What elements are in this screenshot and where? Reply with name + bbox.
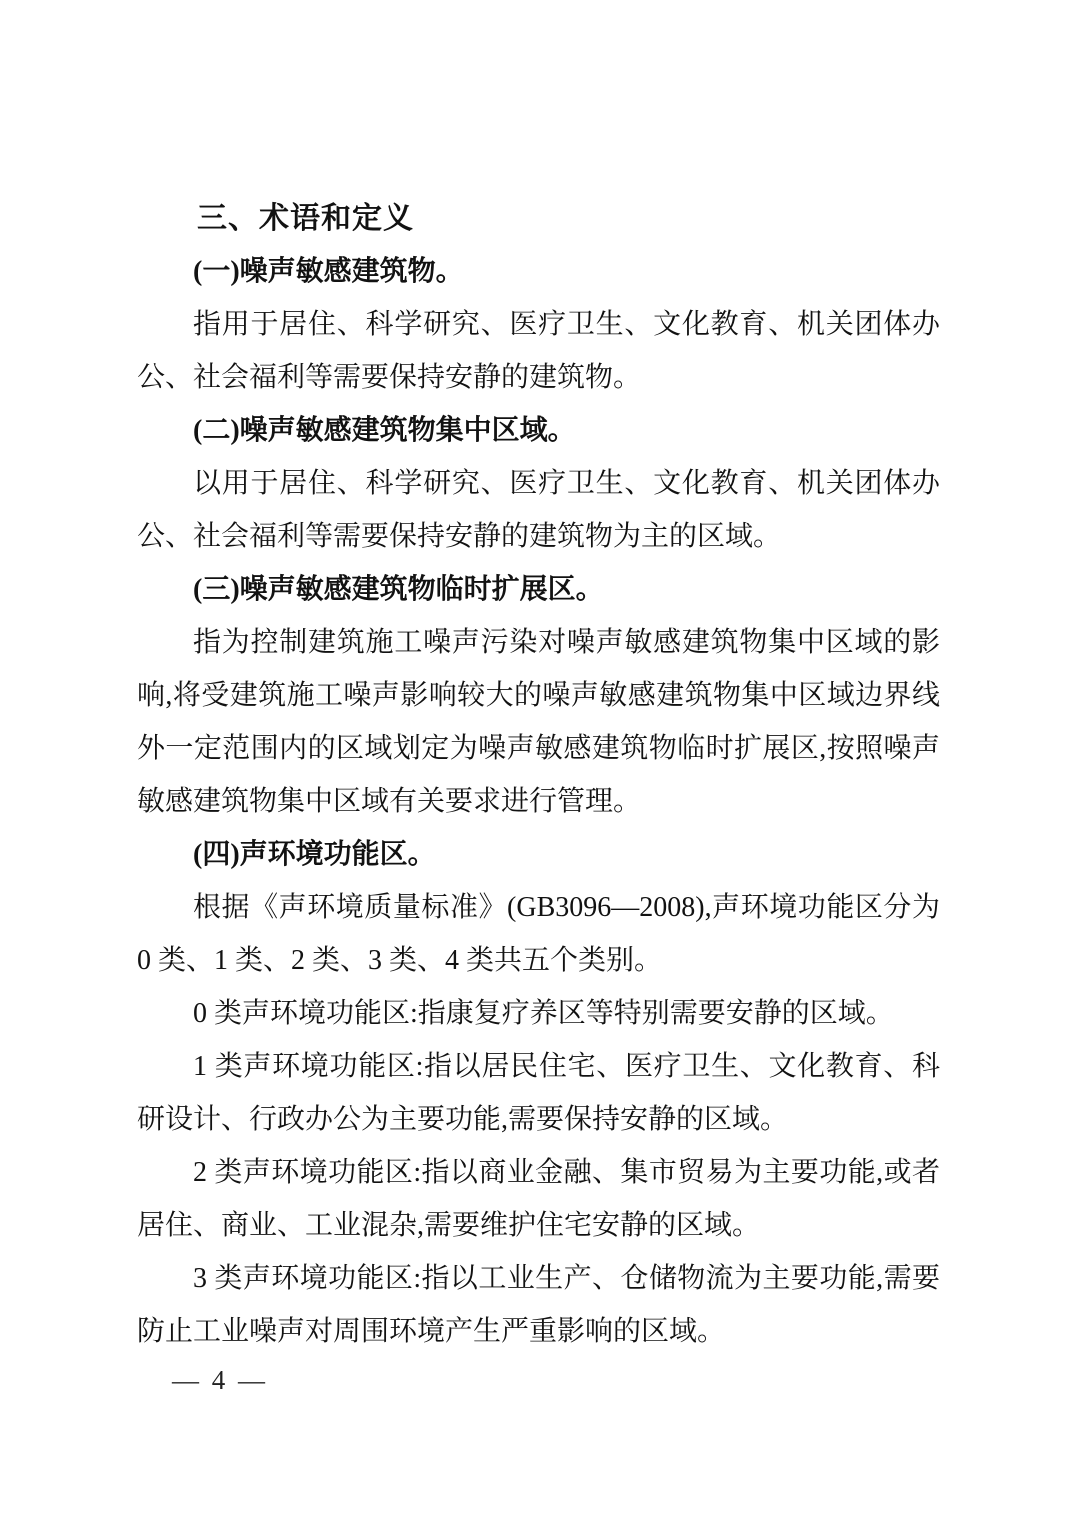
section-title-2: (二)噪声敏感建筑物集中区域。 (137, 404, 940, 457)
paragraph: 指为控制建筑施工噪声污染对噪声敏感建筑物集中区域的影响,将受建筑施工噪声影响较大… (137, 616, 940, 828)
section-title-3: (三)噪声敏感建筑物临时扩展区。 (137, 563, 940, 616)
paragraph: 以用于居住、科学研究、医疗卫生、文化教育、机关团体办公、社会福利等需要保持安静的… (137, 457, 940, 563)
document-body: 三、术语和定义 (一)噪声敏感建筑物。 指用于居住、科学研究、医疗卫生、文化教育… (137, 192, 940, 1358)
page-number: — 4 — (172, 1360, 268, 1400)
paragraph: 3 类声环境功能区:指以工业生产、仓储物流为主要功能,需要防止工业噪声对周围环境… (137, 1252, 940, 1358)
paragraph: 2 类声环境功能区:指以商业金融、集市贸易为主要功能,或者居住、商业、工业混杂,… (137, 1146, 940, 1252)
section-title-1: (一)噪声敏感建筑物。 (137, 245, 940, 298)
section-title-4: (四)声环境功能区。 (137, 828, 940, 881)
paragraph: 指用于居住、科学研究、医疗卫生、文化教育、机关团体办公、社会福利等需要保持安静的… (137, 298, 940, 404)
page-heading: 三、术语和定义 (137, 192, 940, 245)
paragraph: 1 类声环境功能区:指以居民住宅、医疗卫生、文化教育、科研设计、行政办公为主要功… (137, 1040, 940, 1146)
document-page: 三、术语和定义 (一)噪声敏感建筑物。 指用于居住、科学研究、医疗卫生、文化教育… (0, 0, 1074, 1520)
paragraph: 根据《声环境质量标准》(GB3096—2008),声环境功能区分为 0 类、1 … (137, 881, 940, 987)
paragraph: 0 类声环境功能区:指康复疗养区等特别需要安静的区域。 (137, 987, 940, 1040)
